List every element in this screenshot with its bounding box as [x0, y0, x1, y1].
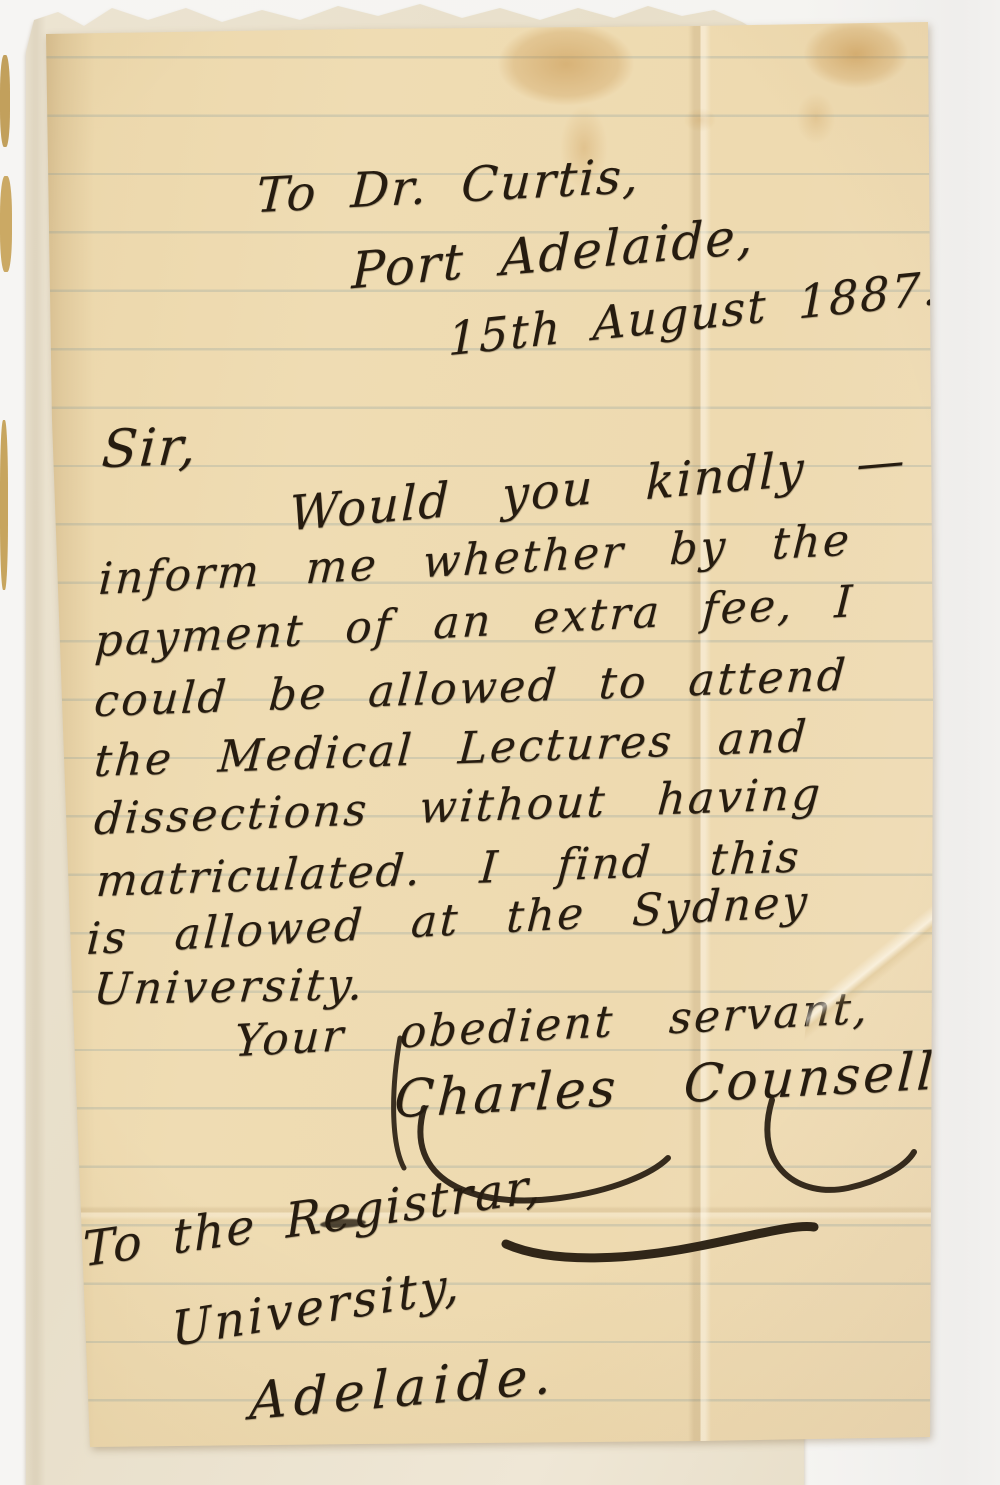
paper-crease — [803, 874, 941, 1066]
letter-sheet-wrap: To Dr. Curtis, Port Adelaide, 15th Augus… — [0, 0, 1000, 1485]
scanned-letter: To Dr. Curtis, Port Adelaide, 15th Augus… — [0, 0, 1000, 1485]
heading-recipient: To Dr. Curtis, — [255, 148, 642, 224]
addressee-line: University, — [170, 1256, 463, 1358]
salutation: Sir, — [100, 417, 200, 481]
addressee-line: To the Registrar, — [82, 1158, 543, 1279]
body-line: University. — [92, 959, 368, 1015]
addressee-line: Adelaide. — [249, 1345, 558, 1432]
letter-page: To Dr. Curtis, Port Adelaide, 15th Augus… — [0, 0, 1000, 1485]
